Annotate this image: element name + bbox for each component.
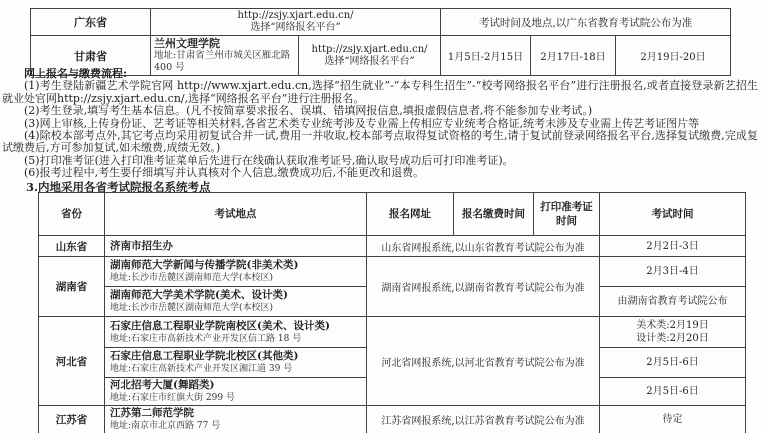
province-cell: 河北省 bbox=[39, 317, 105, 406]
venue-cell: 石家庄信息工程职业学院北校区(其他类) 地址:石家庄高新技术产业开发区湘江道 3… bbox=[105, 348, 367, 378]
venue-cell: 济南市招生办 bbox=[105, 236, 367, 257]
province-cell: 湖南省 bbox=[39, 257, 105, 317]
system-note-cell: 湖南省网报系统,以湖南省教育考试院公布为准 bbox=[367, 257, 600, 317]
system-note-cell: 山东省网报系统,以山东省教育考试院公布为准 bbox=[367, 236, 600, 257]
registration-url-cell: http://zsjy.xjart.edu.cn/ 选择“网络报名平台” bbox=[151, 9, 441, 36]
header-province: 省份 bbox=[39, 193, 105, 236]
venue-name: 湖南师范大学美术学院(美术、设计类) bbox=[110, 289, 363, 302]
venue-name: 河北招考大厦(舞蹈类) bbox=[110, 379, 363, 392]
table-row: 河北省 石家庄信息工程职业学院南校区(美术、设计类) 地址:石家庄市高新技术产业… bbox=[39, 317, 746, 348]
venue-cell: 江苏第二师范学院 地址:南京市北京西路 77 号 bbox=[105, 406, 367, 433]
venue-name: 石家庄信息工程职业学院南校区(美术、设计类) bbox=[110, 320, 363, 333]
table-row: 山东省 济南市招生办 山东省网报系统,以山东省教育考试院公布为准 2月2日-3日 bbox=[39, 236, 746, 257]
exam-time-cell: 由湖南省教育考试院公布 bbox=[600, 287, 746, 317]
header-exam-time: 考试时间 bbox=[600, 193, 746, 236]
venue-address: 地址:石家庄市高新技术产业开发区信工路 18 号 bbox=[110, 333, 363, 345]
venue-address: 地址:南京市北京西路 77 号 bbox=[110, 420, 363, 432]
table-header-row: 省份 考试地点 报名网址 报名缴费时间 打印准考证时间 考试时间 bbox=[39, 193, 746, 236]
venue-name: 湖南师范大学新闻与传播学院(非美术类) bbox=[110, 259, 363, 272]
top-exam-sites-table: 广东省 http://zsjy.xjart.edu.cn/ 选择“网络报名平台”… bbox=[30, 8, 731, 76]
header-print-ticket-time: 打印准考证时间 bbox=[534, 193, 600, 236]
table-row: 江苏省 江苏第二师范学院 地址:南京市北京西路 77 号 江苏省网报系统,以江苏… bbox=[39, 406, 746, 433]
procedure-step-1: (1)考生登陆新疆艺术学院官网 http://www.xjart.edu.cn,… bbox=[2, 80, 758, 105]
exam-time-cell: 2月3日-4日 bbox=[600, 257, 746, 287]
table-row: 湖南省 湖南师范大学新闻与传播学院(非美术类) 地址:长沙市岳麓区湖南师范大学(… bbox=[39, 257, 746, 287]
venue-address: 地址:石家庄市红旗大街 299 号 bbox=[110, 392, 363, 404]
header-registration-url: 报名网址 bbox=[367, 193, 454, 236]
procedure-step-6: (6)报考过程中,考生要仔细填写并认真核对个人信息,缴费成功后,不能更改和退费。 bbox=[2, 167, 758, 179]
exam-time-cell: 美术类:2月19日 设计类:2月20日 bbox=[600, 317, 746, 348]
venue-cell: 石家庄信息工程职业学院南校区(美术、设计类) 地址:石家庄市高新技术产业开发区信… bbox=[105, 317, 367, 348]
system-note-cell: 江苏省网报系统,以江苏省教育考试院公布为准 bbox=[367, 406, 600, 433]
exam-time-cell: 2月5日-6日 bbox=[600, 378, 746, 406]
registration-procedures: 网上报名与缴费流程: (1)考生登陆新疆艺术学院官网 http://www.xj… bbox=[2, 68, 758, 180]
header-exam-location: 考试地点 bbox=[105, 193, 367, 236]
system-note-cell: 河北省网报系统,以河北省教育考试院公布为准 bbox=[367, 317, 600, 406]
venue-cell: 湖南师范大学美术学院(美术、设计类) 地址:长沙市岳麓区湖南师范大学(本校区) bbox=[105, 287, 367, 317]
venue-name: 兰州文理学院 bbox=[154, 37, 295, 50]
exam-time-cell: 2月5日-6日 bbox=[600, 348, 746, 378]
venue-address: 地址:长沙市岳麓区湖南师范大学(本校区) bbox=[110, 272, 363, 284]
table-row: 广东省 http://zsjy.xjart.edu.cn/ 选择“网络报名平台”… bbox=[31, 9, 731, 36]
venue-cell: 河北招考大厦(舞蹈类) 地址:石家庄市红旗大街 299 号 bbox=[105, 378, 367, 406]
exam-notice-cell: 考试时间及地点,以广东省教育考试院公布为准 bbox=[441, 9, 731, 36]
province-cell: 山东省 bbox=[39, 236, 105, 257]
venue-address: 地址:石家庄高新技术产业开发区湘江道 39 号 bbox=[110, 363, 363, 375]
procedure-step-4: (4)除校本部考点外,其它考点均采用初复试合并一试,费用一并收取,校本部考点取得… bbox=[2, 130, 758, 155]
venue-cell: 湖南师范大学新闻与传播学院(非美术类) 地址:长沙市岳麓区湖南师范大学(本校区) bbox=[105, 257, 367, 287]
province-cell: 广东省 bbox=[31, 9, 151, 36]
venue-name: 济南市招生办 bbox=[110, 240, 363, 253]
procedure-step-2: (2)考生登录,填写考生基本信息。(凡不按简章要求报名、误填、错填网报信息,填报… bbox=[2, 105, 758, 117]
exam-time-cell: 2月2日-3日 bbox=[600, 236, 746, 257]
venue-address: 地址:长沙市岳麓区湖南师范大学(本校区) bbox=[110, 302, 363, 314]
header-registration-pay-time: 报名缴费时间 bbox=[454, 193, 534, 236]
province-cell: 江苏省 bbox=[39, 406, 105, 433]
province-exam-sites-table: 省份 考试地点 报名网址 报名缴费时间 打印准考证时间 考试时间 山东省 济南市… bbox=[38, 192, 746, 433]
venue-name: 江苏第二师范学院 bbox=[110, 407, 363, 420]
exam-time-cell: 待定 bbox=[600, 406, 746, 433]
venue-name: 石家庄信息工程职业学院北校区(其他类) bbox=[110, 350, 363, 363]
